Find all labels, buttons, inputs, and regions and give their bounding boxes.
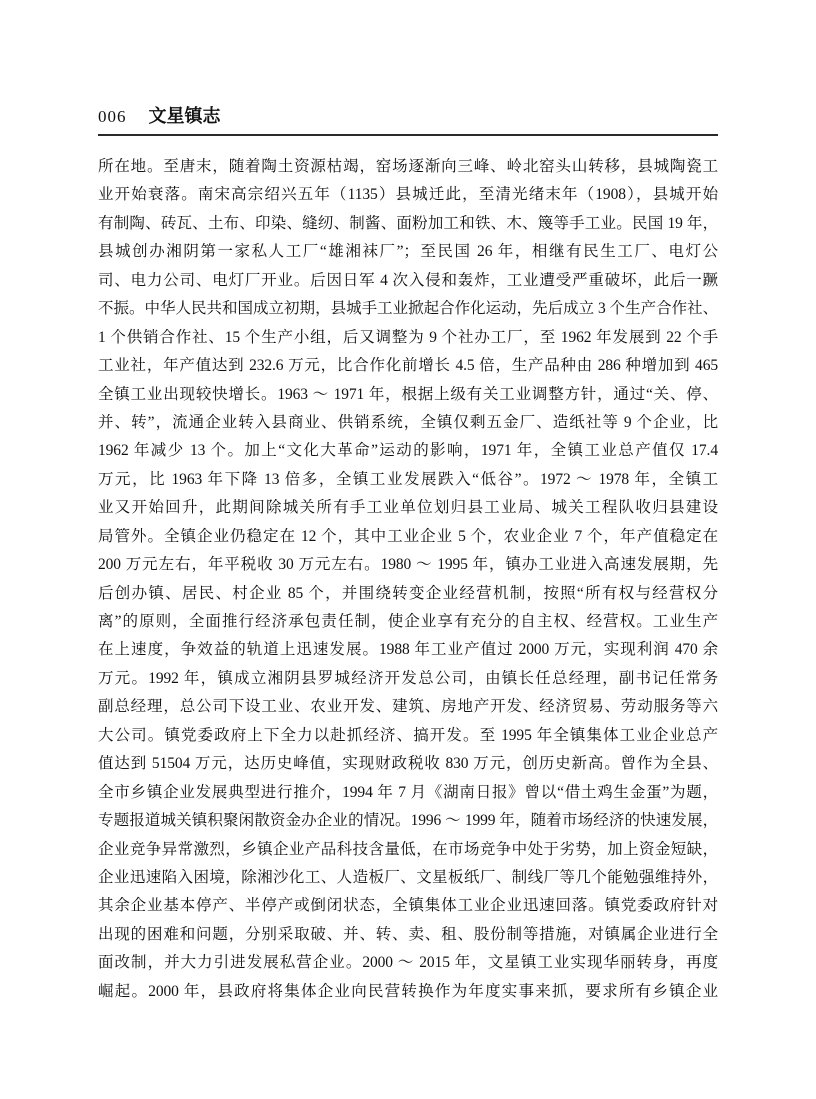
text-line: 面改制，并大力引进发展私营企业。2000 ～ 2015 年，文星镇工业实现华丽转… bbox=[98, 949, 718, 977]
text-line: 万元，比 1963 年下降 13 倍多，全镇工业发展跌入“低谷”。1972 ～ … bbox=[98, 466, 718, 494]
text-line: 县城创办湘阴第一家私人工厂“雄湘袜厂”；至民国 26 年，相继有民生工厂、电灯公 bbox=[98, 238, 718, 266]
text-line: 大公司。镇党委政府上下全力以赴抓经济、搞开发。至 1995 年全镇集体工业企业总… bbox=[98, 722, 718, 750]
text-line: 全镇工业出现较快增长。1963 ～ 1971 年，根据上级有关工业调整方针，通过… bbox=[98, 381, 718, 409]
page-content: 006 文星镇志 所在地。至唐末，随着陶土资源枯竭，窑场逐渐向三峰、岭北窑头山转… bbox=[98, 0, 718, 1006]
text-line: 全市乡镇企业发展典型进行推介，1994 年 7 月《湖南日报》曾以“借土鸡生金蛋… bbox=[98, 779, 718, 807]
text-line: 崛起。2000 年，县政府将集体企业向民营转换作为年度实事来抓，要求所有乡镇企业 bbox=[98, 978, 718, 1006]
text-line: 企业竞争异常激烈，乡镇企业产品科技含量低，在市场竞争中处于劣势，加上资金短缺， bbox=[98, 836, 718, 864]
text-line: 值达到 51504 万元，达历史峰值，实现财政税收 830 万元，创历史新高。曾… bbox=[98, 750, 718, 778]
text-line: 其余企业基本停产、半停产或倒闭状态，全镇集体工业企业迅速回落。镇党委政府针对 bbox=[98, 892, 718, 920]
text-line: 万元。1992 年，镇成立湘阴县罗城经济开发总公司，由镇长任总经理，副书记任常务 bbox=[98, 665, 718, 693]
page-header: 006 文星镇志 bbox=[98, 0, 718, 136]
text-line: 并、转”，流通企业转入县商业、供销系统，全镇仅剩五金厂、造纸社等 9 个企业，比 bbox=[98, 409, 718, 437]
text-line: 企业迅速陷入困境，除湘沙化工、人造板厂、文星板纸厂、制线厂等几个能勉强维持外， bbox=[98, 864, 718, 892]
text-line: 后创办镇、居民、村企业 85 个，并围绕转变企业经营机制，按照“所有权与经营权分 bbox=[98, 580, 718, 608]
text-line: 1 个供销合作社、15 个生产小组，后又调整为 9 个社办工厂，至 1962 年… bbox=[98, 324, 718, 352]
text-line: 工业社，年产值达到 232.6 万元，比合作化前增长 4.5 倍，生产品种由 2… bbox=[98, 352, 718, 380]
text-line: 业又开始回升，此期间除城关所有手工业单位划归县工业局、城关工程队收归县建设 bbox=[98, 494, 718, 522]
text-line: 业开始衰落。南宋高宗绍兴五年（1135）县城迁此，至清光绪末年（1908），县城… bbox=[98, 181, 718, 209]
text-line: 局管外。全镇企业仍稳定在 12 个，其中工业企业 5 个，农业企业 7 个，年产… bbox=[98, 523, 718, 551]
book-page: 006 文星镇志 所在地。至唐末，随着陶土资源枯竭，窑场逐渐向三峰、岭北窑头山转… bbox=[0, 0, 816, 1099]
text-line: 200 万元左右，年平税收 30 万元左右。1980 ～ 1995 年，镇办工业… bbox=[98, 551, 718, 579]
page-number: 006 bbox=[98, 107, 127, 127]
text-line: 有制陶、砖瓦、土布、印染、缝纫、制酱、面粉加工和铁、木、篾等手工业。民国 19 … bbox=[98, 210, 718, 238]
text-line: 副总经理，总公司下设工业、农业开发、建筑、房地产开发、经济贸易、劳动服务等六 bbox=[98, 693, 718, 721]
text-line: 专题报道城关镇积聚闲散资金办企业的情况。1996 ～ 1999 年，随着市场经济… bbox=[98, 807, 718, 835]
book-title: 文星镇志 bbox=[149, 102, 221, 128]
text-line: 所在地。至唐末，随着陶土资源枯竭，窑场逐渐向三峰、岭北窑头山转移，县城陶瓷工 bbox=[98, 153, 718, 181]
text-line: 1962 年减少 13 个。加上“文化大革命”运动的影响，1971 年，全镇工业… bbox=[98, 437, 718, 465]
text-line: 司、电力公司、电灯厂开业。后因日军 4 次入侵和轰炸，工业遭受严重破坏，此后一蹶 bbox=[98, 267, 718, 295]
text-line: 离”的原则，全面推行经济承包责任制，使企业享有充分的自主权、经营权。工业生产 bbox=[98, 608, 718, 636]
body-text: 所在地。至唐末，随着陶土资源枯竭，窑场逐渐向三峰、岭北窑头山转移，县城陶瓷工业开… bbox=[98, 153, 718, 1006]
text-line: 在上速度，争效益的轨道上迅速发展。1988 年工业产值过 2000 万元，实现利… bbox=[98, 636, 718, 664]
text-line: 不振。中华人民共和国成立初期，县城手工业掀起合作化运动，先后成立 3 个生产合作… bbox=[98, 295, 718, 323]
text-line: 出现的困难和问题，分别采取破、并、转、卖、租、股份制等措施，对镇属企业进行全 bbox=[98, 921, 718, 949]
